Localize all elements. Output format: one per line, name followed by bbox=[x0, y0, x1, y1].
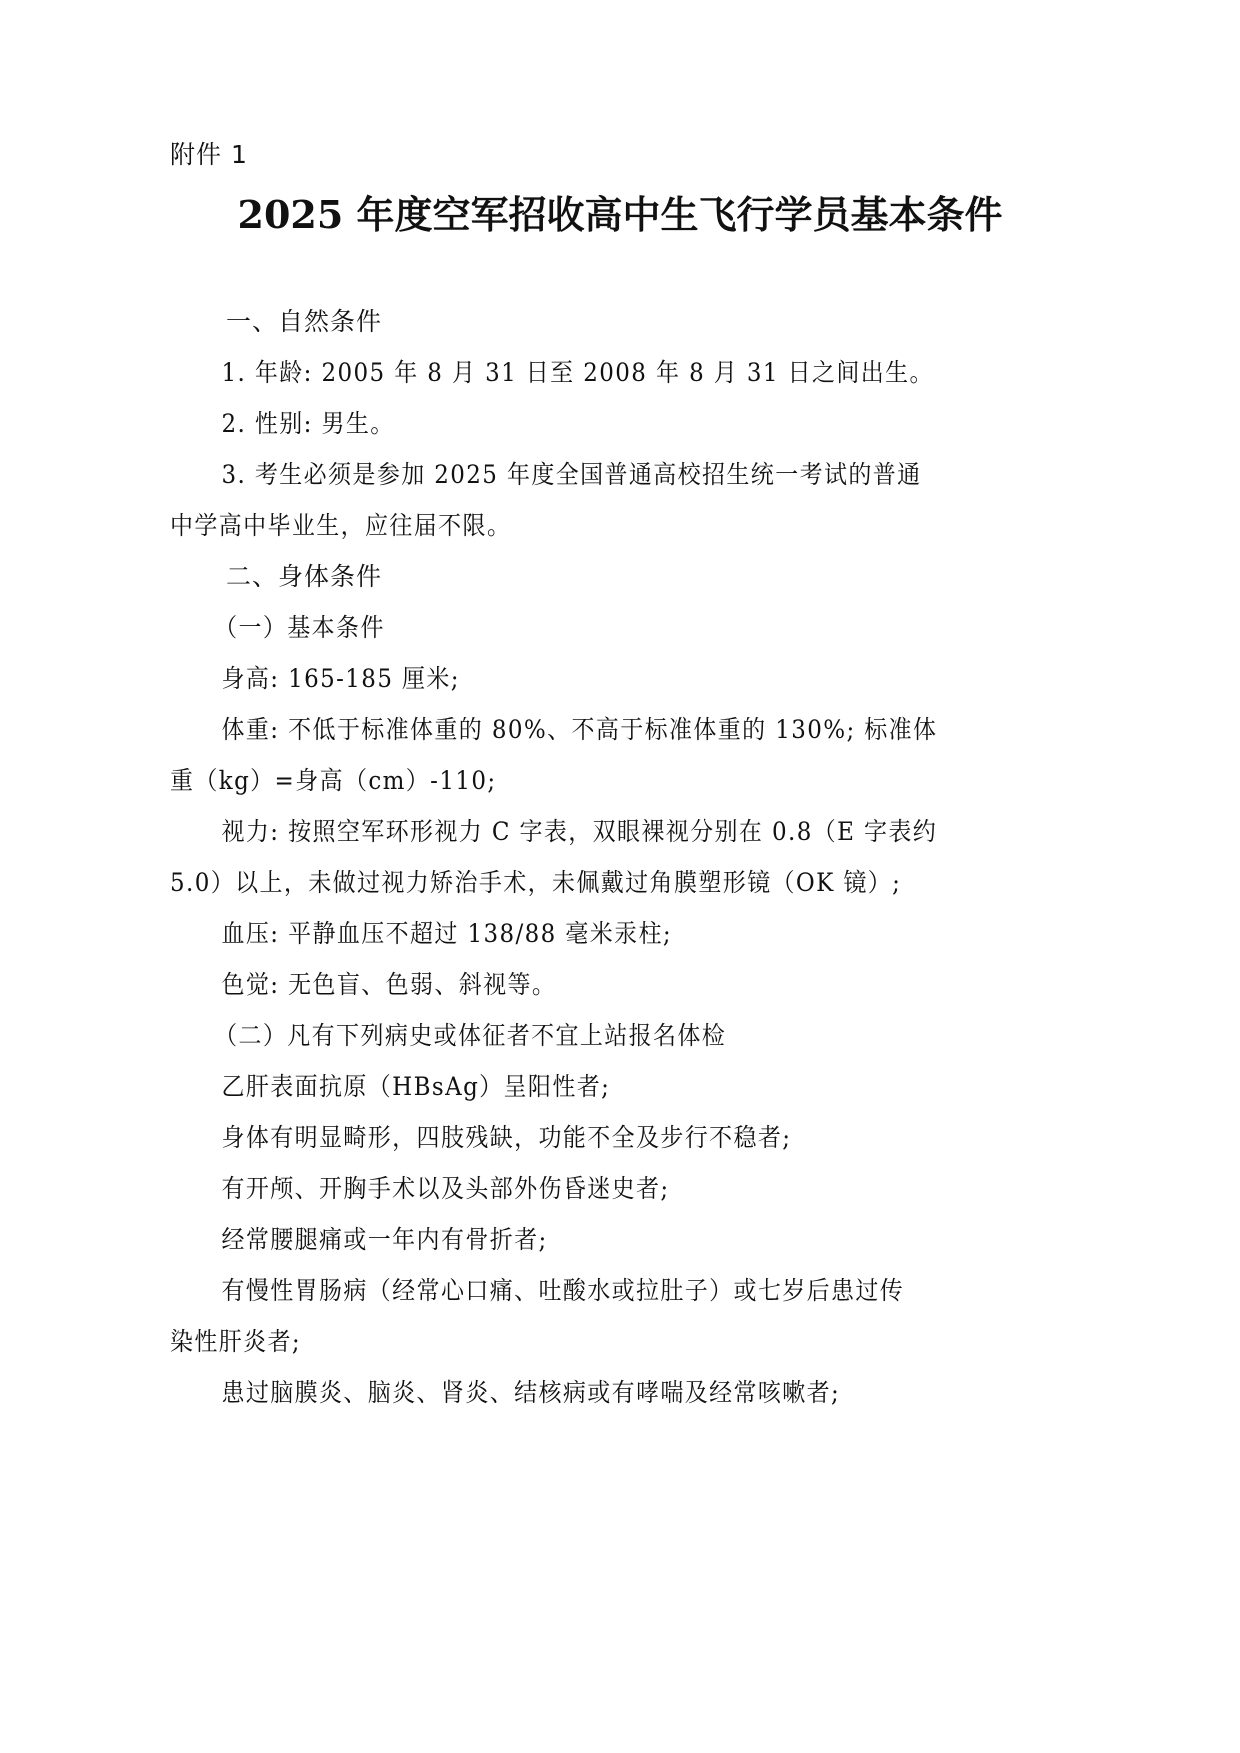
paragraph-exam-requirement-cont: 中学高中毕业生，应往届不限。 bbox=[170, 500, 989, 551]
paragraph-age: 1. 年龄: 2005 年 8 月 31 日至 2008 年 8 月 31 日之… bbox=[170, 347, 989, 398]
paragraph-weight-cont: 重（kg）=身高（cm）-110; bbox=[170, 755, 989, 806]
subsection-heading-disqualifying-conditions: （二）凡有下列病史或体征者不宜上站报名体检 bbox=[170, 1010, 989, 1061]
document-page: 附件 1 2025 年度空军招收高中生飞行学员基本条件 一、自然条件 1. 年龄… bbox=[0, 0, 1240, 1753]
paragraph-back-pain-fracture: 经常腰腿痛或一年内有骨折者; bbox=[170, 1214, 989, 1265]
document-body: 一、自然条件 1. 年龄: 2005 年 8 月 31 日至 2008 年 8 … bbox=[170, 296, 1060, 1418]
paragraph-weight: 体重: 不低于标准体重的 80%、不高于标准体重的 130%; 标准体 bbox=[170, 704, 989, 755]
subsection-heading-basic-conditions: （一）基本条件 bbox=[170, 602, 989, 653]
paragraph-gastro-disease-cont: 染性肝炎者; bbox=[170, 1316, 989, 1367]
paragraph-blood-pressure: 血压: 平静血压不超过 138/88 毫米汞柱; bbox=[170, 908, 989, 959]
paragraph-hepatitis-b: 乙肝表面抗原（HBsAg）呈阳性者; bbox=[170, 1061, 989, 1112]
paragraph-surgery-history: 有开颅、开胸手术以及头部外伤昏迷史者; bbox=[170, 1163, 989, 1214]
paragraph-exam-requirement: 3. 考生必须是参加 2025 年度全国普通高校招生统一考试的普通 bbox=[170, 449, 989, 500]
paragraph-gastro-disease: 有慢性胃肠病（经常心口痛、吐酸水或拉肚子）或七岁后患过传 bbox=[170, 1265, 989, 1316]
paragraph-color-vision: 色觉: 无色盲、色弱、斜视等。 bbox=[170, 959, 989, 1010]
paragraph-vision-cont: 5.0）以上，未做过视力矫治手术，未佩戴过角膜塑形镜（OK 镜）; bbox=[170, 857, 989, 908]
paragraph-gender: 2. 性别: 男生。 bbox=[170, 398, 989, 449]
paragraph-deformity: 身体有明显畸形，四肢残缺，功能不全及步行不稳者; bbox=[170, 1112, 989, 1163]
paragraph-vision: 视力: 按照空军环形视力 C 字表，双眼裸视分别在 0.8（E 字表约 bbox=[170, 806, 989, 857]
paragraph-meningitis-etc: 患过脑膜炎、脑炎、肾炎、结核病或有哮喘及经常咳嗽者; bbox=[170, 1367, 989, 1418]
section-heading-natural-conditions: 一、自然条件 bbox=[170, 296, 1060, 347]
document-title: 2025 年度空军招收高中生飞行学员基本条件 bbox=[0, 190, 1240, 240]
paragraph-height: 身高: 165-185 厘米; bbox=[170, 653, 989, 704]
section-heading-physical-conditions: 二、身体条件 bbox=[170, 551, 1060, 602]
attachment-label: 附件 1 bbox=[170, 138, 248, 172]
